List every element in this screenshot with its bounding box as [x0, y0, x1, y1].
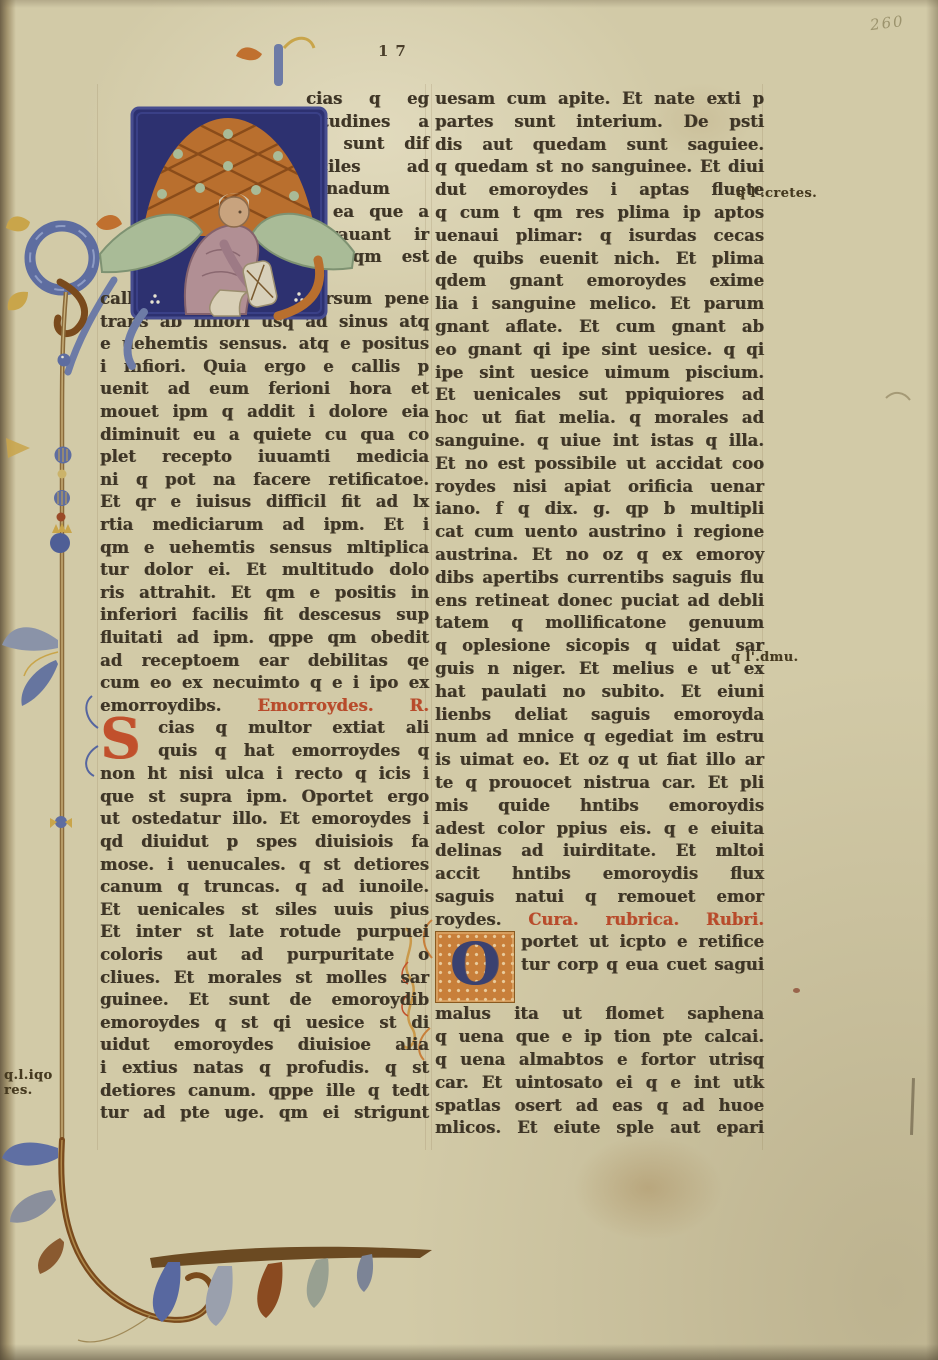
rubric-black-text: roydes.: [435, 910, 501, 929]
text-line: canum q truncas. q ad iunoile.: [100, 876, 429, 899]
text-line: malus ita ut flomet saphena: [435, 1003, 764, 1026]
text-column-left: cias q egritudines am sunt difficiles ad…: [100, 88, 429, 1125]
text-line: uenaui plimar: q isurdas cecas: [435, 225, 764, 248]
body-lines-b: non ht nisi ulca i recto q icis ique st …: [100, 763, 429, 1125]
pen-trial-mark: [910, 1078, 915, 1135]
s-initial-section: S cias q multor extiat aliquis q hat emo…: [100, 717, 429, 762]
text-line: uesam cum apite. Et nate exti p: [435, 88, 764, 111]
text-line: Et no est possibile ut accidat coo: [435, 453, 764, 476]
text-line: de quibs euenit nich. Et plima: [435, 248, 764, 271]
text-line: uidut emoroydes diuisioe alia: [100, 1034, 429, 1057]
decorated-initial-s: S: [100, 717, 158, 763]
text-line: tur dolor ei. Et multitudo dolo: [100, 559, 429, 582]
text-line: dis aut quedam sunt saguiee.: [435, 134, 764, 157]
margin-note-top-right: q l'.cretes.: [736, 186, 817, 201]
page-edge-right: [926, 0, 938, 1360]
text-line: mose. i uenucales. q st detiores: [100, 854, 429, 877]
rubric-red-text: Cura. rubrica. Rubri.: [528, 910, 764, 929]
text-line: guinee. Et sunt de emoroydib: [100, 989, 429, 1012]
text-line: i extius natas q profudis. q st: [100, 1057, 429, 1080]
text-line: ut ostedatur illo. Et emoroydes i: [100, 808, 429, 831]
text-line: num ad mnice q egediat im estru: [435, 726, 764, 749]
text-line: cliues. Et morales st molles sar: [100, 967, 429, 990]
text-line: Et uenicales sut ppiquiores ad: [435, 384, 764, 407]
text-line: que st supra ipm. Oportet ergo: [100, 786, 429, 809]
margin-note-bottom-left: q.l.iqo res.: [4, 1068, 64, 1098]
rubric-red-text: Emorroydes. R.: [257, 696, 429, 715]
text-line: is uimat eo. Et oz q ut fiat illo ar: [435, 749, 764, 772]
text-line: austrina. Et no oz q ex emoroy: [435, 544, 764, 567]
text-line: gnant aflate. Et cum gnant ab: [435, 316, 764, 339]
text-line: emoroydes q st qi uesice st di: [100, 1012, 429, 1035]
historiated-initial-panel: [100, 88, 306, 288]
folio-number: 17: [378, 42, 413, 60]
text-line: partes sunt interium. De psti: [435, 111, 764, 134]
text-line: cum eo ex necuimto q e i ipo ex: [100, 672, 429, 695]
initial-letter-o: O: [436, 932, 514, 996]
text-line: mouet ipm q addit i dolore eia: [100, 401, 429, 424]
text-line: q cum t qm res plima ip aptos: [435, 202, 764, 225]
initial-letter-s: S: [100, 717, 158, 761]
text-line: ni q pot na facere retificatoe.: [100, 469, 429, 492]
text-line: inferiori facilis fit descesus sup: [100, 604, 429, 627]
rubric-line: roydes. Cura. rubrica. Rubri.: [435, 909, 764, 932]
text-line: fluitati ad ipm. qppe qm obedit: [100, 627, 429, 650]
text-line: qd diuidut p spes diuisiois fa: [100, 831, 429, 854]
text-line: lia i sanguine melico. Et parum: [435, 293, 764, 316]
body-lines-b: malus ita ut flomet saphenaq uena que e …: [435, 1003, 764, 1140]
margin-note-line: res.: [4, 1083, 33, 1098]
page-edge-top: [0, 0, 938, 8]
margin-note-line: q.l.iqo: [4, 1068, 53, 1083]
text-line: dut emoroydes i aptas fluete: [435, 179, 764, 202]
text-line: hat paulati no subito. Et eiuni: [435, 681, 764, 704]
text-line: ens retineat donec puciat ad debli: [435, 590, 764, 613]
text-line: mis quide hntibs emoroydis: [435, 795, 764, 818]
text-line: te q prouocet nistrua car. Et pli: [435, 772, 764, 795]
text-line: mlicos. Et eiute sple aut epari: [435, 1117, 764, 1140]
text-line: q uena que e ip tion pte calcai.: [435, 1026, 764, 1049]
corner-inscription: 260: [869, 12, 906, 34]
text-line: coloris aut ad purpuritate o: [100, 944, 429, 967]
text-line: eo gnant qi ipe sint uesice. q qi: [435, 339, 764, 362]
rubric-line: emorroydibs. Emorroydes. R.: [100, 695, 429, 718]
text-line: roydes nisi apiat orificia uenar: [435, 476, 764, 499]
text-line: car. Et uintosato ei q e int utk: [435, 1072, 764, 1095]
text-line: qdem gnant emoroydes exime: [435, 270, 764, 293]
text-line: hoc ut fiat melia. q morales ad: [435, 407, 764, 430]
text-line: Et qr e iuisus difficil fit ad lx: [100, 491, 429, 514]
o-initial-section: O portet ut icpto e retificetur corp q e…: [435, 931, 764, 977]
text-line: ad receptoem ear debilitas qe: [100, 650, 429, 673]
text-line: diminuit eu a quiete cu qua co: [100, 424, 429, 447]
body-lines-a: uesam cum apite. Et nate exti ppartes su…: [435, 88, 764, 909]
text-line: tatem q mollificatone genuum: [435, 612, 764, 635]
text-line: qm e uehemtis sensus mltiplica: [100, 537, 429, 560]
text-line: q oplesione sicopis q uidat sar: [435, 635, 764, 658]
text-line: plet recepto iuuamti medicia: [100, 446, 429, 469]
margin-note-mid-right: q l'.dmu.: [731, 650, 798, 665]
opening-section: cias q egritudines am sunt difficiles ad…: [100, 88, 429, 269]
text-line: adest color ppius eis. q e eiuita: [435, 818, 764, 841]
manuscript-page: 17 260: [0, 0, 938, 1360]
text-line: spatlas osert ad eas q ad huoe: [435, 1095, 764, 1118]
text-line: tur ad pte uge. qm ei strigunt: [100, 1102, 429, 1125]
text-line: dibs apertibs currentibs saguis flu: [435, 567, 764, 590]
text-line: accit hntibs emoroydis flux: [435, 863, 764, 886]
text-line: guis n niger. Et melius e ut ex: [435, 658, 764, 681]
text-line: ipe sint uesice uimum piscium.: [435, 362, 764, 385]
historiated-initial-miniature: [98, 74, 358, 374]
text-line: saguis natui q remouet emor: [435, 886, 764, 909]
text-line: Et uenicales st siles uuis pius: [100, 899, 429, 922]
text-line: lienbs deliat saguis emoroyda: [435, 704, 764, 727]
text-line: uenit ad eum ferioni hora et: [100, 378, 429, 401]
text-line: non ht nisi ulca i recto q icis i: [100, 763, 429, 786]
ink-dot: [793, 988, 800, 993]
text-line: delinas ad iuirditate. Et mltoi: [435, 840, 764, 863]
text-column-right: uesam cum apite. Et nate exti ppartes su…: [435, 88, 764, 1140]
text-line: ris attrahit. Et qm e positis in: [100, 582, 429, 605]
text-line: q quedam st no sanguinee. Et diui: [435, 156, 764, 179]
page-edge-bottom: [0, 1344, 938, 1360]
decorated-initial-o: O: [435, 931, 515, 1003]
text-line: rtia mediciarum ad ipm. Et i: [100, 514, 429, 537]
ruling-line: [431, 84, 432, 1150]
text-line: sanguine. q uiue int istas q illa.: [435, 430, 764, 453]
text-line: detiores canum. qppe ille q tedt: [100, 1080, 429, 1103]
page-edge-left: [0, 0, 16, 1360]
text-line: iano. f q dix. g. qp b multipli: [435, 498, 764, 521]
text-line: cat cum uento austrino i regione: [435, 521, 764, 544]
text-line: Et inter st late rotude purpuei: [100, 921, 429, 944]
text-line: q uena almabtos e fortor utrisq: [435, 1049, 764, 1072]
